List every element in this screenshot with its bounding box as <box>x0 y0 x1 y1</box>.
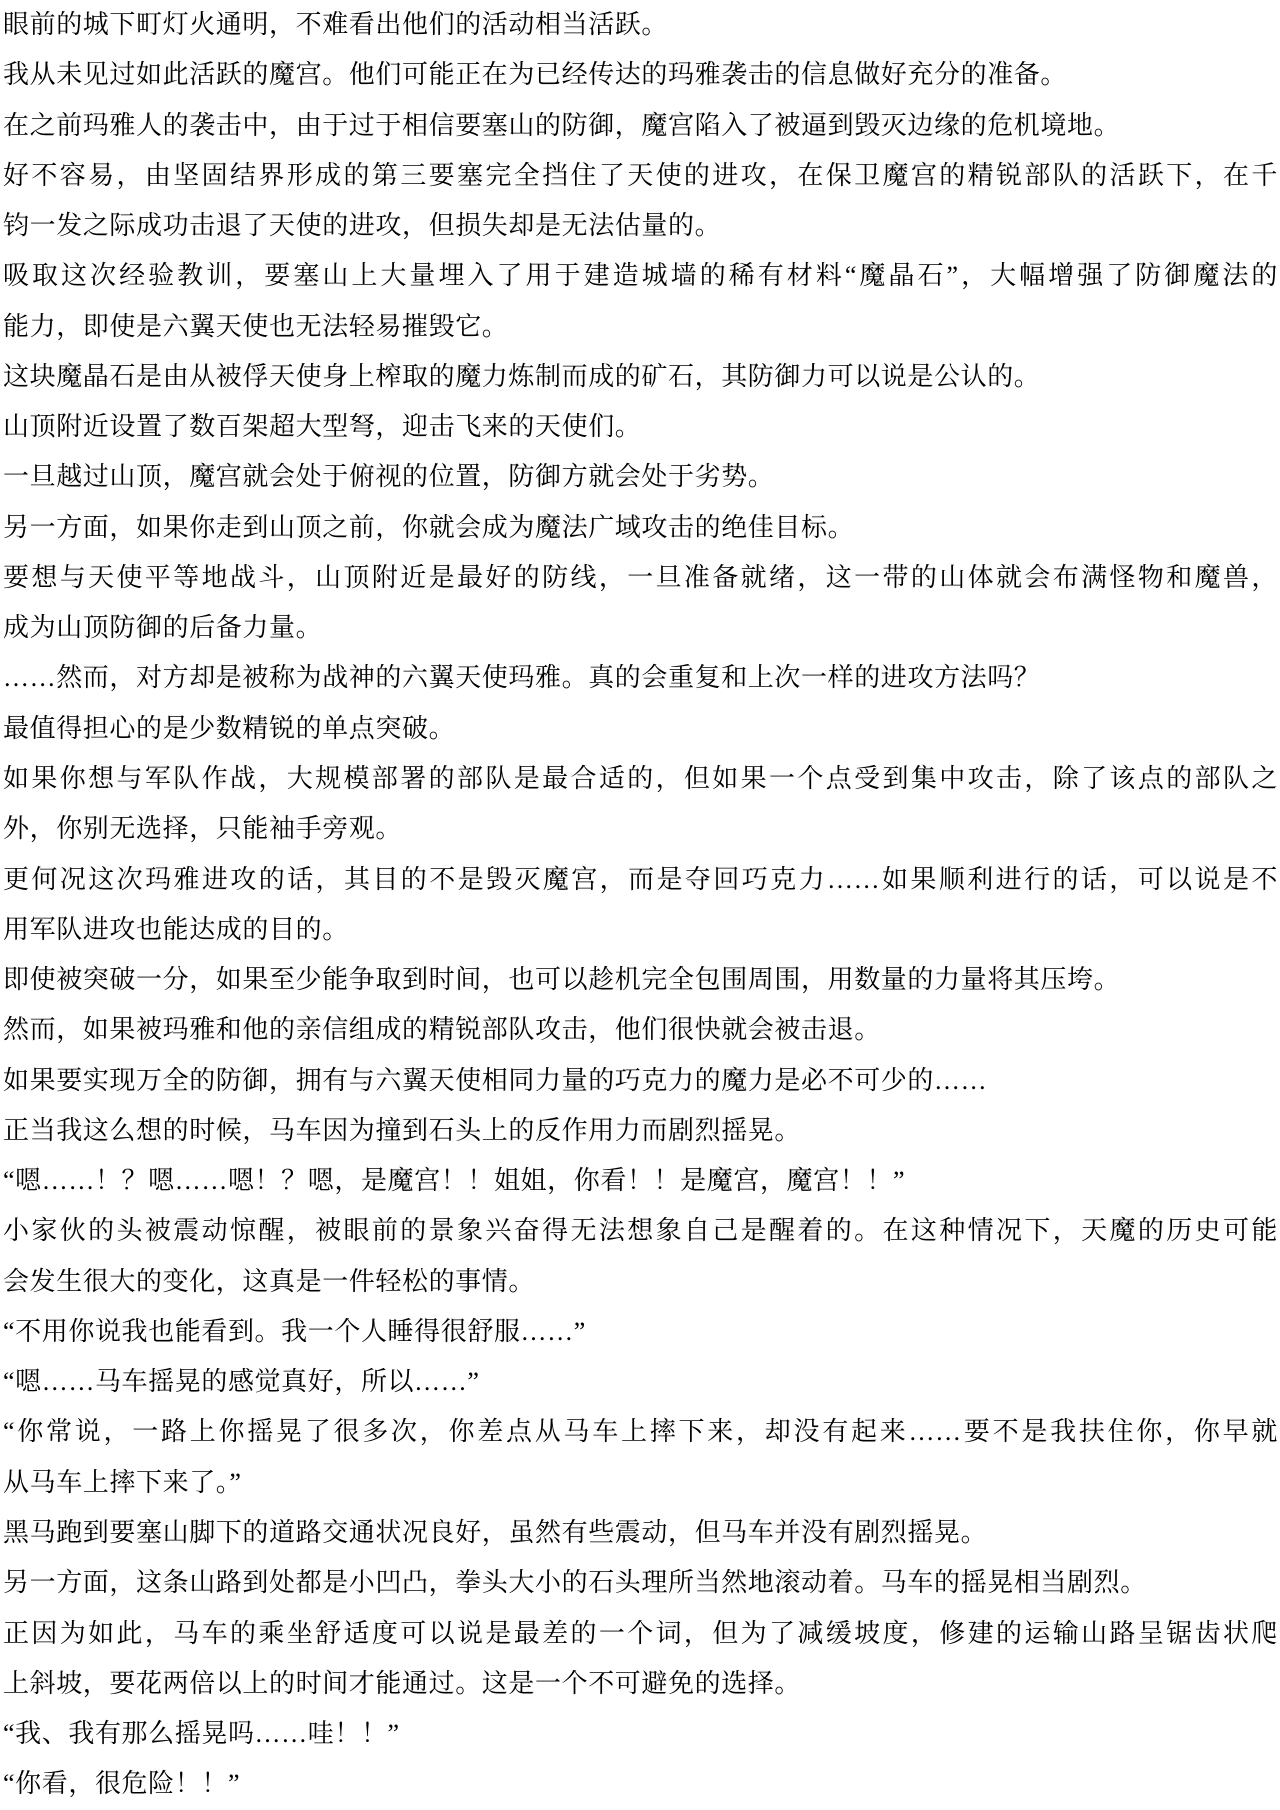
text-line: 我从未见过如此活跃的魔宫。他们可能正在为已经传达的玛雅袭击的信息做好充分的准备。 <box>3 50 1278 100</box>
text-line: 能力，即使是六翼天使也无法轻易摧毁它。 <box>3 302 1278 352</box>
text-line: “嗯……！？嗯……嗯！？嗯，是魔宫！！姐姐，你看！！是魔宫，魔宫！！” <box>3 1156 1278 1206</box>
text-line: 成为山顶防御的后备力量。 <box>3 603 1278 653</box>
text-line: 另一方面，这条山路到处都是小凹凸，拳头大小的石头理所当然地滚动着。马车的摇晃相当… <box>3 1558 1278 1608</box>
text-line: 在之前玛雅人的袭击中，由于过于相信要塞山的防御，魔宫陷入了被逼到毁灭边缘的危机境… <box>3 101 1278 151</box>
text-line: 另一方面，如果你走到山顶之前，你就会成为魔法广域攻击的绝佳目标。 <box>3 503 1278 553</box>
text-line: 外，你别无选择，只能袖手旁观。 <box>3 804 1278 854</box>
text-line: “我、我有那么摇晃吗……哇！！” <box>3 1709 1278 1759</box>
text-line: 一旦越过山顶，魔宫就会处于俯视的位置，防御方就会处于劣势。 <box>3 452 1278 502</box>
text-line: 钧一发之际成功击退了天使的进攻，但损失却是无法估量的。 <box>3 201 1278 251</box>
text-line: 好不容易，由坚固结界形成的第三要塞完全挡住了天使的进攻，在保卫魔宫的精锐部队的活… <box>3 151 1278 201</box>
text-line: 小家伙的头被震动惊醒，被眼前的景象兴奋得无法想象自己是醒着的。在这种情况下，天魔… <box>3 1206 1278 1256</box>
text-line: ……然而，对方却是被称为战神的六翼天使玛雅。真的会重复和上次一样的进攻方法吗？ <box>3 653 1278 703</box>
text-line: 正因为如此，马车的乘坐舒适度可以说是最差的一个词，但为了减缓坡度，修建的运输山路… <box>3 1609 1278 1659</box>
text-line: 从马车上摔下来了。” <box>3 1458 1278 1508</box>
text-line: 然而，如果被玛雅和他的亲信组成的精锐部队攻击，他们很快就会被击退。 <box>3 1005 1278 1055</box>
text-line: 即使被突破一分，如果至少能争取到时间，也可以趁机完全包围周围，用数量的力量将其压… <box>3 955 1278 1005</box>
text-line: 这块魔晶石是由从被俘天使身上榨取的魔力炼制而成的矿石，其防御力可以说是公认的。 <box>3 352 1278 402</box>
text-line: “不用你说我也能看到。我一个人睡得很舒服……” <box>3 1307 1278 1357</box>
text-line: 要想与天使平等地战斗，山顶附近是最好的防线，一旦准备就绪，这一带的山体就会布满怪… <box>3 553 1278 603</box>
text-line: 如果你想与军队作战，大规模部署的部队是最合适的，但如果一个点受到集中攻击，除了该… <box>3 754 1278 804</box>
text-line: 如果要实现万全的防御，拥有与六翼天使相同力量的巧克力的魔力是必不可少的…… <box>3 1056 1278 1106</box>
text-line: 眼前的城下町灯火通明，不难看出他们的活动相当活跃。 <box>3 0 1278 50</box>
text-line: 上斜坡，要花两倍以上的时间才能通过。这是一个不可避免的选择。 <box>3 1659 1278 1709</box>
text-line: “你看，很危险！！” <box>3 1759 1278 1809</box>
text-line: “嗯……马车摇晃的感觉真好，所以……” <box>3 1357 1278 1407</box>
text-line: 更何况这次玛雅进攻的话，其目的不是毁灭魔宫，而是夺回巧克力……如果顺利进行的话，… <box>3 855 1278 905</box>
text-line: 山顶附近设置了数百架超大型弩，迎击飞来的天使们。 <box>3 402 1278 452</box>
text-line: 正当我这么想的时候，马车因为撞到石头上的反作用力而剧烈摇晃。 <box>3 1106 1278 1156</box>
text-line: 吸取这次经验教训，要塞山上大量埋入了用于建造城墙的稀有材料“魔晶石”，大幅增强了… <box>3 251 1278 301</box>
text-line: 最值得担心的是少数精锐的单点突破。 <box>3 704 1278 754</box>
text-line: “你常说，一路上你摇晃了很多次，你差点从马车上摔下来，却没有起来……要不是我扶住… <box>3 1407 1278 1457</box>
document-text-body: 眼前的城下町灯火通明，不难看出他们的活动相当活跃。我从未见过如此活跃的魔宫。他们… <box>3 0 1278 1810</box>
text-line: 黑马跑到要塞山脚下的道路交通状况良好，虽然有些震动，但马车并没有剧烈摇晃。 <box>3 1508 1278 1558</box>
document-page: 眼前的城下町灯火通明，不难看出他们的活动相当活跃。我从未见过如此活跃的魔宫。他们… <box>0 0 1280 1810</box>
text-line: 用军队进攻也能达成的目的。 <box>3 905 1278 955</box>
text-line: 会发生很大的变化，这真是一件轻松的事情。 <box>3 1257 1278 1307</box>
